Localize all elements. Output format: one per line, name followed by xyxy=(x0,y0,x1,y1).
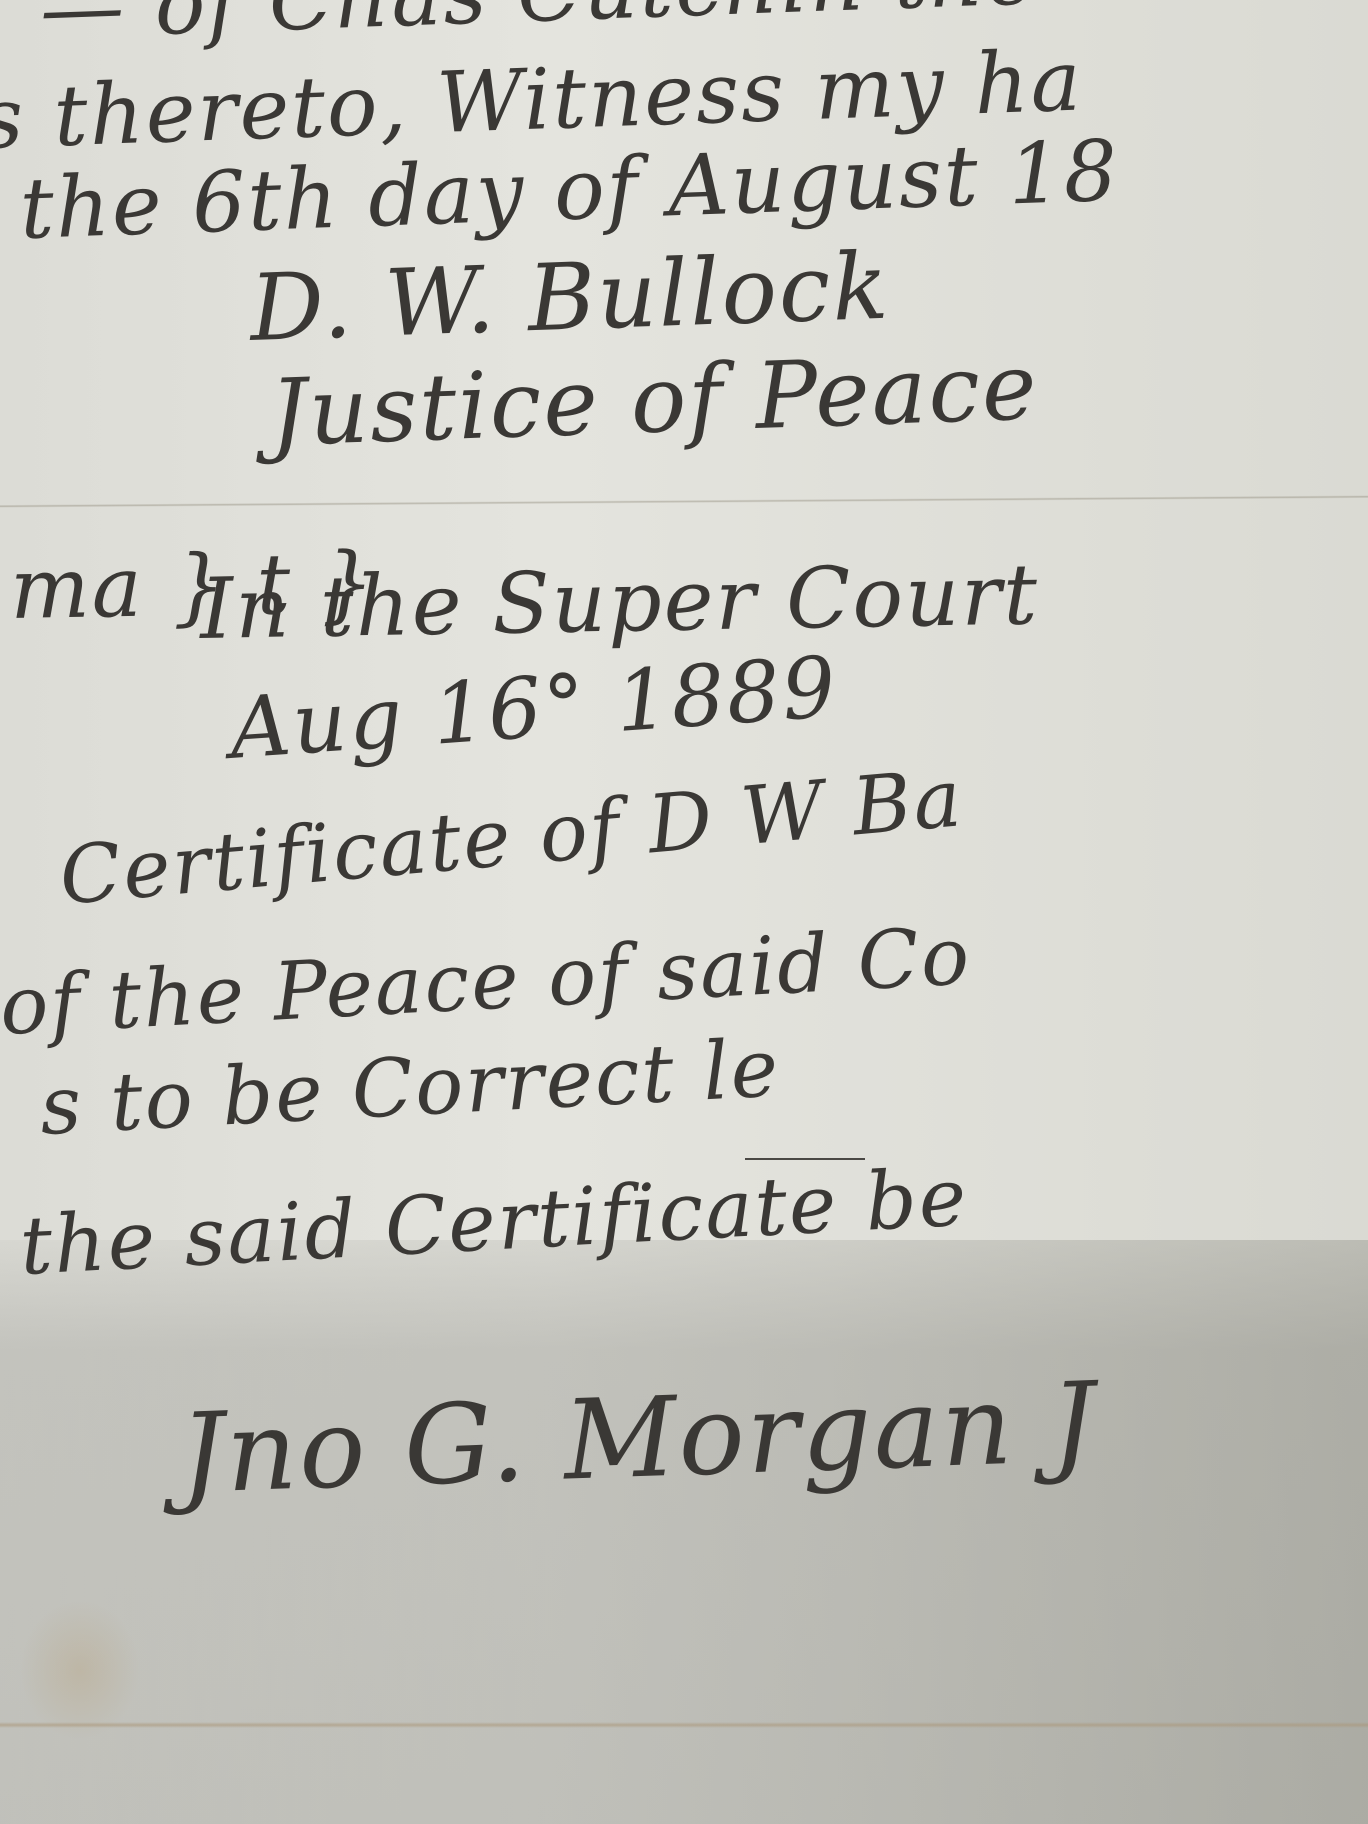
paper-stain xyxy=(20,1600,140,1740)
paper-fold-bottom xyxy=(0,1722,1368,1728)
photo-shadow xyxy=(0,1240,1368,1824)
handwritten-line-court: In the Super Court xyxy=(199,545,1040,658)
